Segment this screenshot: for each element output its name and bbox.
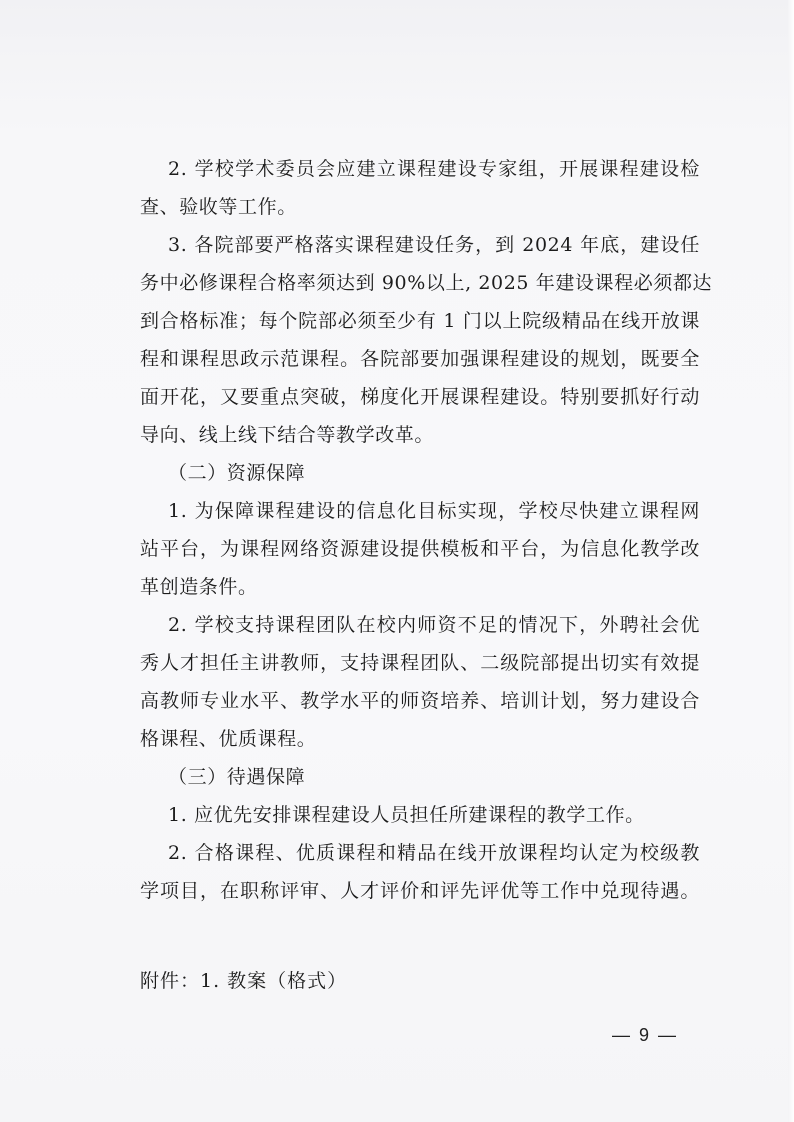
paragraph-treatment-2-line-2: 学项目，在职称评审、人才评价和评先评优等工作中兑现待遇。 — [140, 872, 700, 910]
paragraph-treatment-2-line-1: 2. 合格课程、优质课程和精品在线开放课程均认定为校级教 — [168, 834, 700, 872]
paragraph-item-2-line-1: 2. 学校学术委员会应建立课程建设专家组，开展课程建设检 — [168, 150, 700, 188]
paragraph-resource-2-line-2: 秀人才担任主讲教师，支持课程团队、二级院部提出切实有效提 — [140, 644, 700, 682]
paragraph-item-3-line-4: 程和课程思政示范课程。各院部要加强课程建设的规划，既要全 — [140, 340, 700, 378]
paragraph-item-3-line-5: 面开花，又要重点突破，梯度化开展课程建设。特别要抓好行动 — [140, 378, 700, 416]
attachment-note: 附件：1. 教案（格式） — [140, 962, 347, 1000]
paragraph-item-2-line-2: 查、验收等工作。 — [140, 188, 297, 226]
paragraph-item-3-line-2: 务中必修课程合格率须达到 90%以上, 2025 年建设课程必须都达 — [140, 264, 700, 302]
page-number: — 9 — — [612, 1020, 678, 1050]
document-page: 2. 学校学术委员会应建立课程建设专家组，开展课程建设检 查、验收等工作。 3.… — [0, 0, 794, 1122]
paragraph-resource-2-line-3: 高教师专业水平、教学水平的师资培养、培训计划，努力建设合 — [140, 682, 700, 720]
paragraph-resource-2-line-1: 2. 学校支持课程团队在校内师资不足的情况下，外聘社会优 — [168, 606, 700, 644]
paragraph-treatment-1: 1. 应优先安排课程建设人员担任所建课程的教学工作。 — [168, 796, 645, 834]
paragraph-resource-1-line-2: 站平台，为课程网络资源建设提供模板和平台，为信息化教学改 — [140, 530, 700, 568]
page-edge — [788, 0, 794, 1122]
section-heading-resource-guarantee: （二）资源保障 — [168, 454, 305, 492]
paragraph-item-3-line-6: 导向、线上线下结合等教学改革。 — [140, 416, 434, 454]
paragraph-resource-1-line-1: 1. 为保障课程建设的信息化目标实现，学校尽快建立课程网 — [168, 492, 700, 530]
paragraph-resource-2-line-4: 格课程、优质课程。 — [140, 720, 316, 758]
paragraph-resource-1-line-3: 革创造条件。 — [140, 568, 258, 606]
paragraph-item-3-line-1: 3. 各院部要严格落实课程建设任务，到 2024 年底，建设任 — [168, 226, 700, 264]
paragraph-item-3-line-3: 到合格标准；每个院部必须至少有 1 门以上院级精品在线开放课 — [140, 302, 700, 340]
section-heading-treatment-guarantee: （三）待遇保障 — [168, 758, 305, 796]
